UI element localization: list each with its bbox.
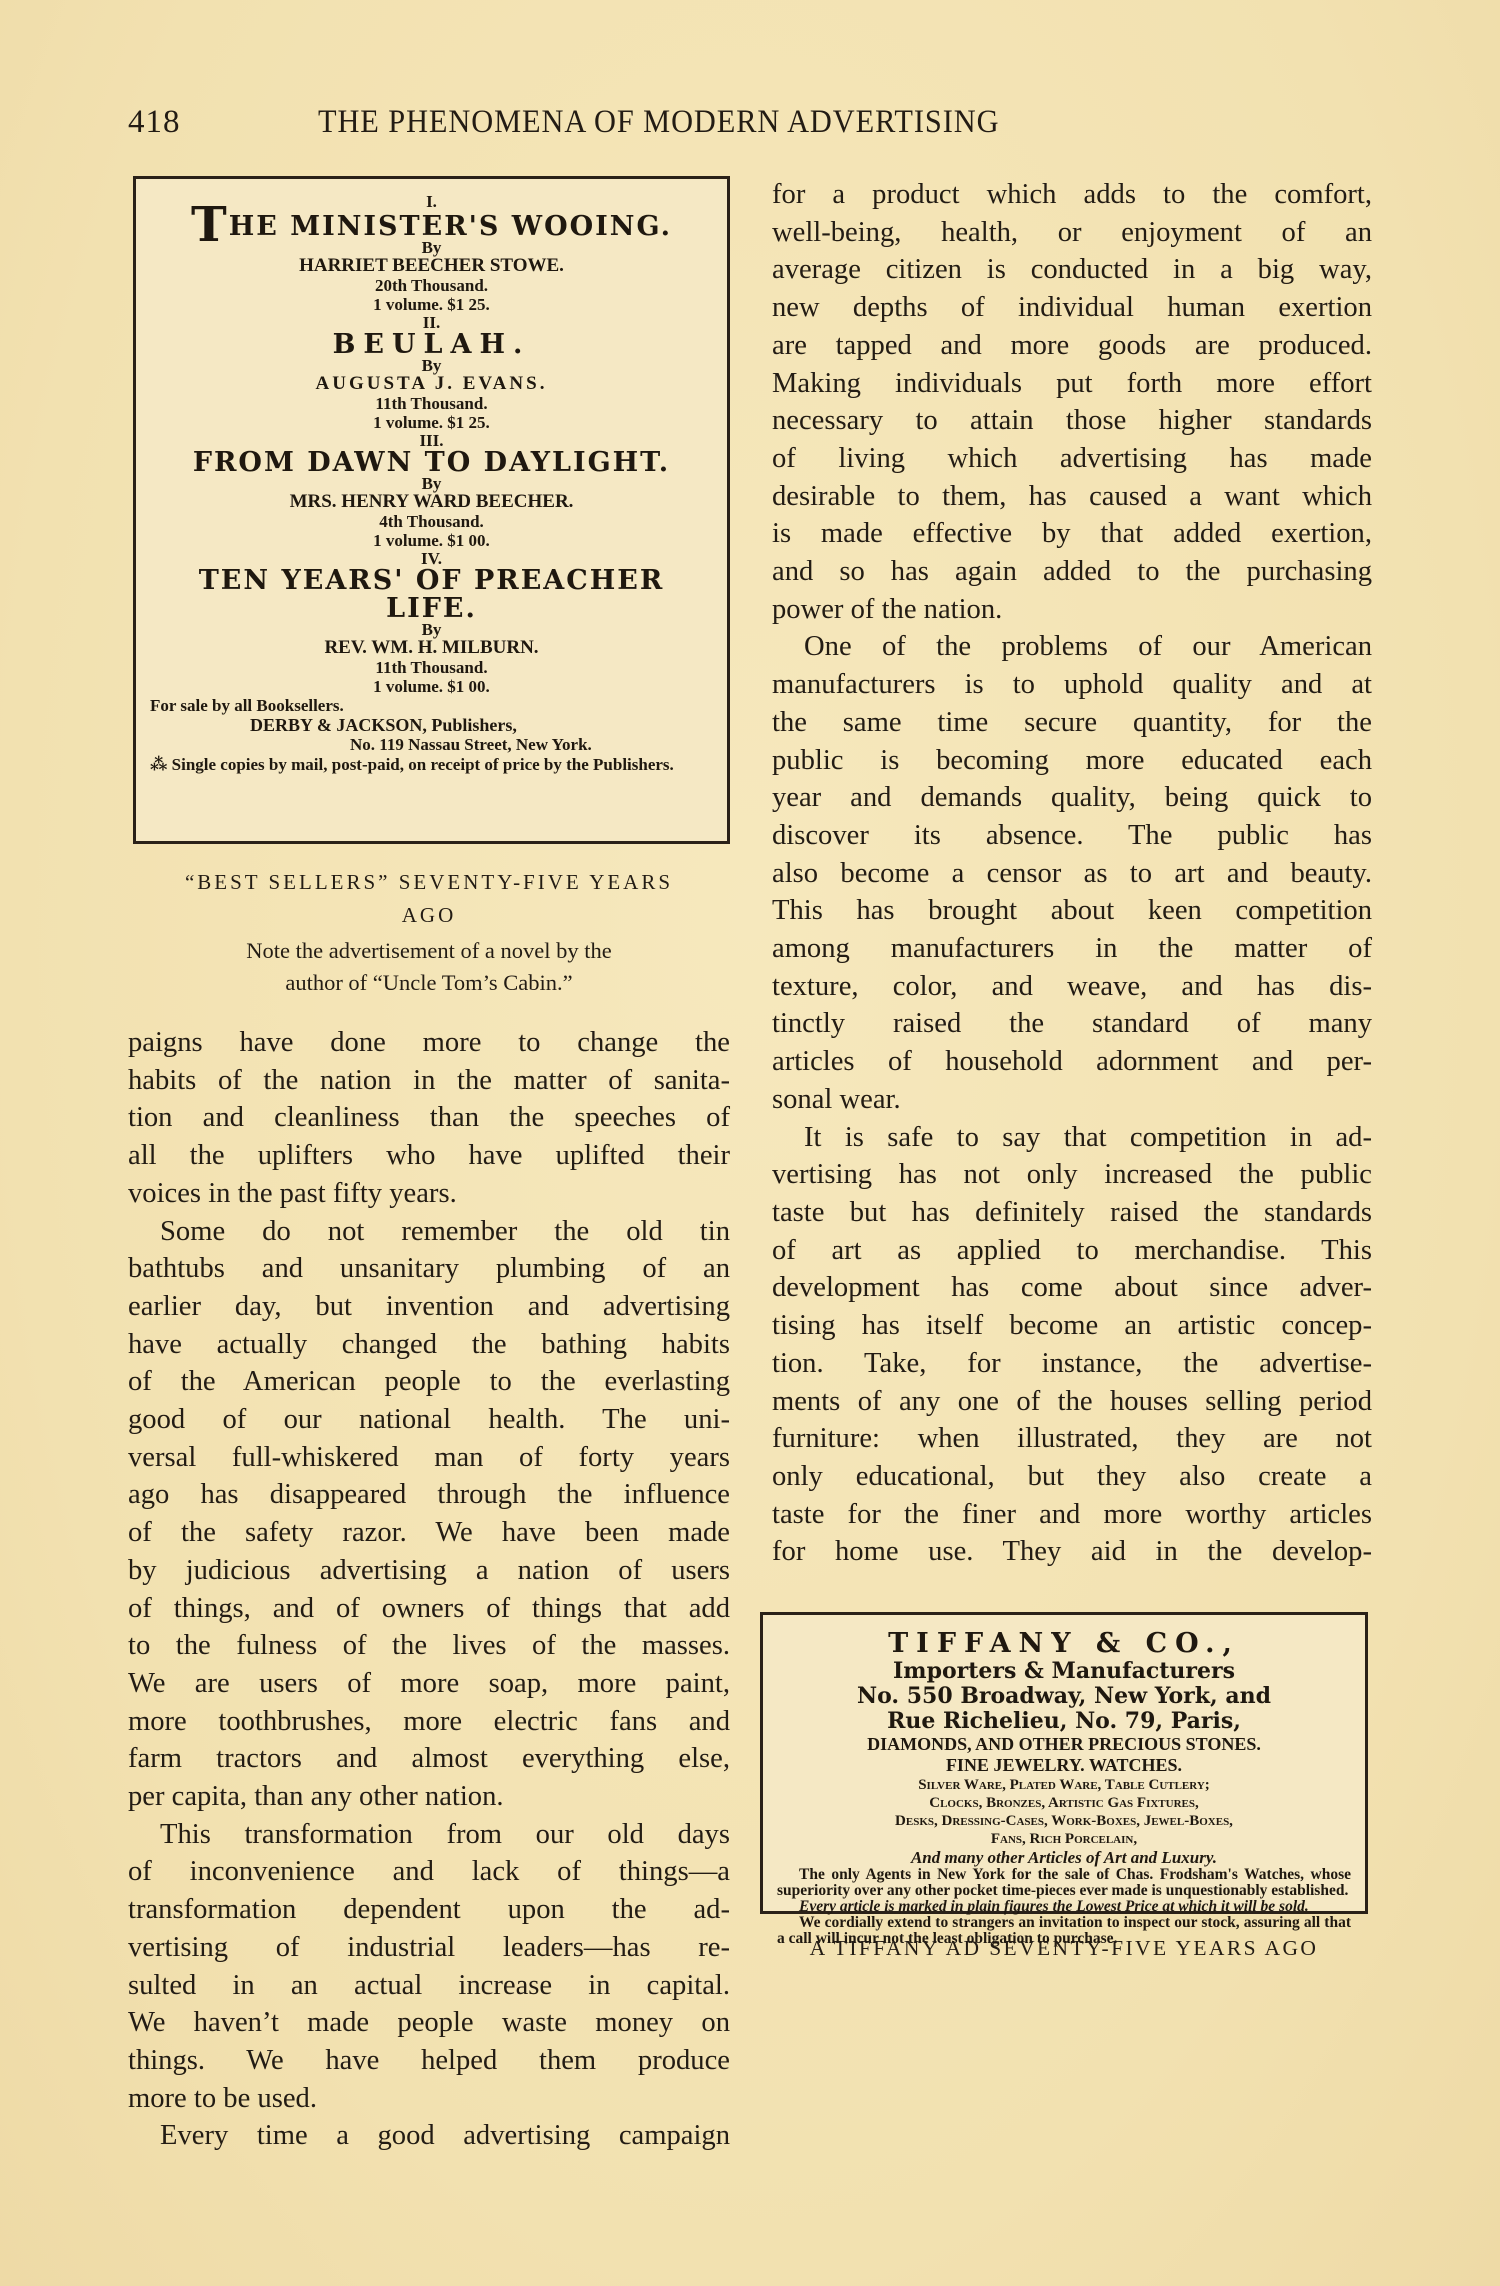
text-line: This transformation from our old days [128,1816,730,1854]
book-edition: 11th Thousand. [150,658,713,677]
tiffany-caption: A TIFFANY AD SEVENTY-FIVE YEARS AGO [758,1936,1370,1961]
caption-title-line-1: “BEST SELLERS” SEVENTY-FIVE YEARS [128,866,730,899]
text-line: per capita, than any other nation. [128,1778,730,1816]
book-page: 418 THE PHENOMENA OF MODERN ADVERTISING … [0,0,1500,2286]
text-line: is made effective by that added exertion… [772,515,1372,553]
running-head: 418 THE PHENOMENA OF MODERN ADVERTISING [128,104,1378,154]
text-line: versal full-whiskered man of forty years [128,1439,730,1477]
text-line: more to be used. [128,2080,730,2118]
running-title: THE PHENOMENA OF MODERN ADVERTISING [318,104,999,141]
text-line: for home use. They aid in the develop- [772,1533,1372,1571]
ad-book-1: I. THE MINISTER'S WOOING. By HARRIET BEE… [150,193,713,314]
text-line: of things, and of owners of things that … [128,1590,730,1628]
tiffany-paragraph-2: Every article is marked in plain figures… [777,1899,1351,1915]
book-price: 1 volume. $1 00. [150,531,713,550]
text-line: ago has disappeared through the influenc… [128,1476,730,1514]
text-line: among manufacturers in the matter of [772,930,1372,968]
text-line: vertising has not only increased the pub… [772,1156,1372,1194]
book-by: By [150,477,713,491]
book-edition: 20th Thousand. [150,276,713,295]
caption-note-line-2: author of “Uncle Tom’s Cabin.” [128,970,730,996]
book-title: TEN YEARS' OF PREACHER LIFE. [150,567,713,623]
text-line: vertising of industrial leaders—has re- [128,1929,730,1967]
text-line: all the uplifters who have uplifted thei… [128,1137,730,1175]
book-by: By [150,241,713,255]
text-line: are tapped and more goods are produced. [772,327,1372,365]
text-line: of living which advertising has made [772,440,1372,478]
text-line: tion and cleanliness than the speeches o… [128,1099,730,1137]
tiffany-line-3: Rue Richelieu, No. 79, Paris, [777,1709,1351,1734]
publisher-line: DERBY & JACKSON, Publishers, [150,715,713,735]
book-author: HARRIET BEECHER STOWE. [150,255,713,276]
book-by: By [150,359,713,373]
text-line: to the fulness of the lives of the masse… [128,1627,730,1665]
text-line: and so has again added to the purchasing [772,553,1372,591]
text-line: We are users of more soap, more paint, [128,1665,730,1703]
caption-note-line-1: Note the advertisement of a novel by the [128,938,730,964]
text-line: power of the nation. [772,591,1372,629]
text-line: well-being, health, or enjoyment of an [772,214,1372,252]
book-author: MRS. HENRY WARD BEECHER. [150,491,713,512]
text-line: Every time a good advertising campaign [128,2117,730,2155]
text-line: This has brought about keen competition [772,892,1372,930]
for-sale-line: For sale by all Booksellers. [150,696,713,715]
text-line: of inconvenience and lack of things—a [128,1853,730,1891]
best-sellers-caption: “BEST SELLERS” SEVENTY-FIVE YEARS AGO No… [128,866,730,996]
text-line: only educational, but they also create a [772,1458,1372,1496]
tiffany-advertisement: TIFFANY & CO., Importers & Manufacturers… [760,1612,1368,1914]
tiffany-line-1: Importers & Manufacturers [777,1659,1351,1684]
publisher-address: No. 119 Nassau Street, New York. [150,735,713,755]
tiffany-line-5: FINE JEWELRY. WATCHES. [777,1755,1351,1776]
text-line: furniture: when illustrated, they are no… [772,1420,1372,1458]
text-line: transformation dependent upon the ad- [128,1891,730,1929]
text-line: by judicious advertising a nation of use… [128,1552,730,1590]
ad-book-4: IV. TEN YEARS' OF PREACHER LIFE. By REV.… [150,550,713,696]
text-line: average citizen is conducted in a big wa… [772,251,1372,289]
book-price: 1 volume. $1 25. [150,295,713,314]
text-line: good of our national health. The uni- [128,1401,730,1439]
left-body-text: paigns have done more to change thehabit… [128,1024,730,2155]
text-line: of art as applied to merchandise. This [772,1232,1372,1270]
text-line: tion. Take, for instance, the advertise- [772,1345,1372,1383]
text-line: of the American people to the everlastin… [128,1363,730,1401]
book-author: REV. WM. H. MILBURN. [150,637,713,658]
book-price: 1 volume. $1 00. [150,677,713,696]
text-line: voices in the past fifty years. [128,1175,730,1213]
book-title: BEULAH. [150,331,713,359]
text-line: earlier day, but invention and advertisi… [128,1288,730,1326]
text-line: of the safety razor. We have been made [128,1514,730,1552]
text-line: ments of any one of the houses selling p… [772,1383,1372,1421]
mail-order-note: ⁂ Single copies by mail, post-paid, on r… [150,755,713,774]
ad-book-2: II. BEULAH. By AUGUSTA J. EVANS. 11th Th… [150,314,713,432]
text-line: discover its absence. The public has [772,817,1372,855]
text-line: the same time secure quantity, for the [772,704,1372,742]
book-title: THE MINISTER'S WOOING. [150,210,713,241]
tiffany-line-4: DIAMONDS, AND OTHER PRECIOUS STONES. [777,1734,1351,1755]
text-line: for a product which adds to the comfort, [772,176,1372,214]
text-line: manufacturers is to uphold quality and a… [772,666,1372,704]
text-line: new depths of individual human exertion [772,289,1372,327]
right-body-text: for a product which adds to the comfort,… [772,176,1372,1571]
text-line: One of the problems of our American [772,628,1372,666]
text-line: Making individuals put forth more effort [772,365,1372,403]
best-sellers-advertisement: I. THE MINISTER'S WOOING. By HARRIET BEE… [133,176,730,844]
tiffany-goods-4: Fans, Rich Porcelain, [777,1830,1351,1848]
text-line: We haven’t made people waste money on [128,2004,730,2042]
ad-book-3: III. FROM DAWN TO DAYLIGHT. By MRS. HENR… [150,432,713,550]
tiffany-line-2: No. 550 Broadway, New York, and [777,1684,1351,1709]
tiffany-name: TIFFANY & CO., [777,1629,1351,1659]
book-edition: 4th Thousand. [150,512,713,531]
text-line: tising has itself become an artistic con… [772,1307,1372,1345]
text-line: bathtubs and unsanitary plumbing of an [128,1250,730,1288]
book-by: By [150,623,713,637]
text-line: year and demands quality, being quick to [772,779,1372,817]
text-line: taste for the finer and more worthy arti… [772,1496,1372,1534]
text-line: articles of household adornment and per- [772,1043,1372,1081]
text-line: more toothbrushes, more electric fans an… [128,1703,730,1741]
text-line: also become a censor as to art and beaut… [772,855,1372,893]
tiffany-goods-italic: And many other Articles of Art and Luxur… [777,1848,1351,1867]
text-line: development has come about since adver- [772,1269,1372,1307]
book-title: FROM DAWN TO DAYLIGHT. [150,449,713,477]
text-line: things. We have helped them produce [128,2042,730,2080]
text-line: public is becoming more educated each [772,742,1372,780]
drop-cap: T [191,197,229,253]
text-line: paigns have done more to change the [128,1024,730,1062]
caption-title-line-2: AGO [128,899,730,932]
tiffany-goods-3: Desks, Dressing-Cases, Work-Boxes, Jewel… [777,1812,1351,1830]
book-numeral: I. [150,193,713,210]
text-line: desirable to them, has caused a want whi… [772,478,1372,516]
text-line: Some do not remember the old tin [128,1213,730,1251]
text-line: habits of the nation in the matter of sa… [128,1062,730,1100]
tiffany-goods-2: Clocks, Bronzes, Artistic Gas Fixtures, [777,1794,1351,1812]
page-number: 418 [128,104,181,141]
text-line: have actually changed the bathing habits [128,1326,730,1364]
text-line: tinctly raised the standard of many [772,1005,1372,1043]
tiffany-paragraph-1: The only Agents in New York for the sale… [777,1867,1351,1899]
text-line: texture, color, and weave, and has dis- [772,968,1372,1006]
tiffany-goods-1: Silver Ware, Plated Ware, Table Cutlery; [777,1776,1351,1794]
text-line: sulted in an actual increase in capital. [128,1967,730,2005]
text-line: necessary to attain those higher standar… [772,402,1372,440]
text-line: It is safe to say that competition in ad… [772,1119,1372,1157]
book-price: 1 volume. $1 25. [150,413,713,432]
book-edition: 11th Thousand. [150,394,713,413]
text-line: farm tractors and almost everything else… [128,1740,730,1778]
text-line: taste but has definitely raised the stan… [772,1194,1372,1232]
text-line: sonal wear. [772,1081,1372,1119]
book-author: AUGUSTA J. EVANS. [150,373,713,394]
